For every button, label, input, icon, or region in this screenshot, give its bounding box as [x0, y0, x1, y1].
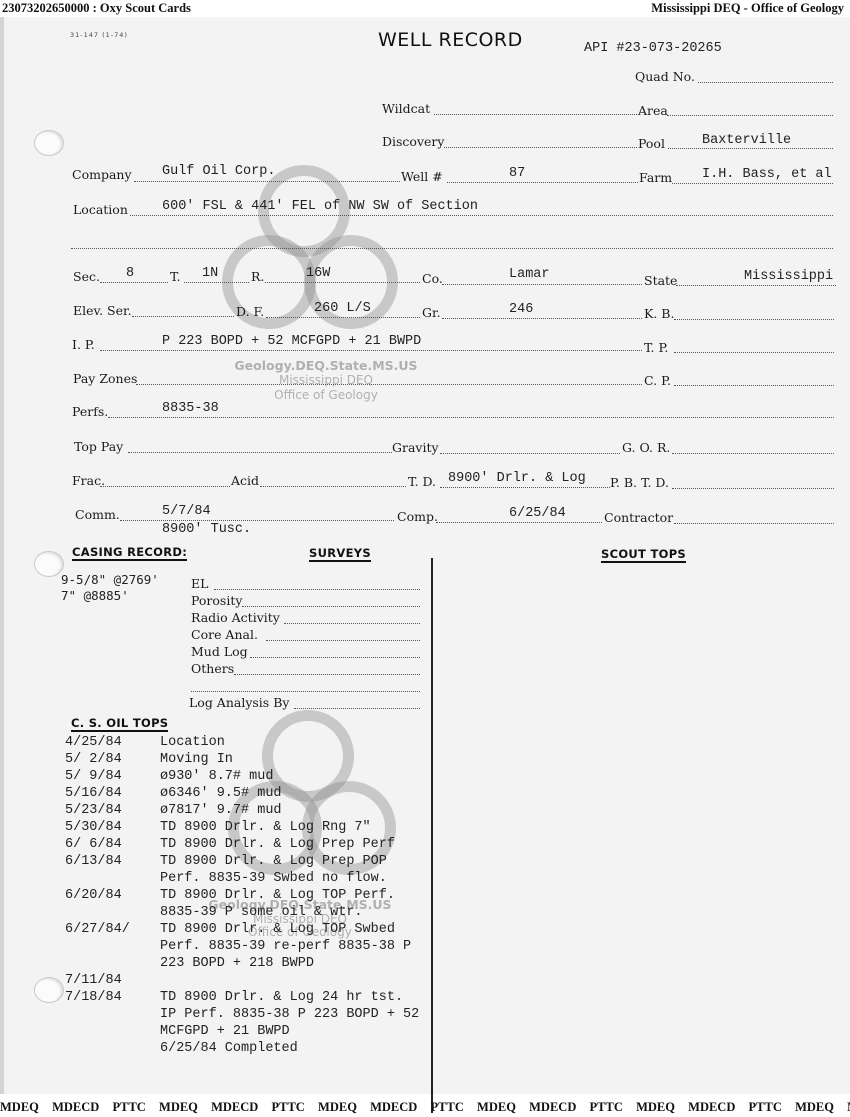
log-date: 5/30/84	[65, 820, 122, 835]
commenced-field	[120, 520, 394, 521]
log-text: ø6346' 9.5# mud	[160, 786, 282, 801]
footer-item: MDECD	[211, 1100, 258, 1117]
wildcat-label: Wildcat	[382, 101, 430, 116]
log-text: TD 8900 Drlr. & Log TOP Swbed	[160, 922, 395, 937]
footer-agency-banner: MDEQ MDECD PTTC MDEQ MDECD PTTC MDEQ MDE…	[0, 1100, 850, 1117]
township-label: T.	[170, 269, 180, 284]
contractor-label: Contractor	[604, 510, 673, 525]
log-date: 6/20/84	[65, 888, 122, 903]
section-field	[100, 282, 168, 283]
log-analysis-by-label: Log Analysis By	[189, 695, 289, 710]
kelly-bushing-field	[674, 319, 834, 320]
area-label: Area	[638, 103, 668, 118]
contractor-field	[674, 523, 834, 524]
well-number-value: 87	[509, 166, 525, 181]
log-date: 5/23/84	[65, 803, 122, 818]
well-number-field	[447, 182, 638, 183]
log-date: 4/25/84	[65, 735, 122, 750]
scanned-well-record-card: Geology.DEQ.State.MS.US Mississippi DEQ …	[0, 17, 850, 1094]
well-number-label: Well #	[401, 169, 443, 184]
state-value: Mississippi	[744, 269, 833, 284]
log-date: 7/11/84	[65, 973, 122, 988]
gravity-field	[440, 453, 620, 454]
completed-value: 6/25/84	[509, 506, 566, 521]
farm-label: Farm	[639, 170, 672, 185]
footer-item: MDECD	[688, 1100, 735, 1117]
casing-pressure-label: C. P.	[644, 373, 671, 388]
log-text: IP Perf. 8835-38 P 223 BOPD + 52	[160, 1007, 419, 1022]
location-field	[130, 215, 833, 216]
frac-field	[100, 486, 230, 487]
log-date: 7/18/84	[65, 990, 122, 1005]
footer-item: MDEQ	[636, 1100, 675, 1117]
gas-oil-ratio-field	[672, 453, 834, 454]
state-field	[676, 285, 836, 286]
punch-hole	[34, 551, 64, 577]
log-date: 5/16/84	[65, 786, 122, 801]
initial-potential-field	[100, 350, 642, 351]
ground-label: Gr.	[422, 305, 441, 320]
kelly-bushing-label: K. B.	[644, 306, 674, 321]
derrick-floor-label: D. F.	[236, 304, 264, 319]
footer-item: PTTC	[431, 1100, 464, 1117]
pay-zones-label: Pay Zones	[73, 371, 137, 386]
derrick-floor-value: 260 L/S	[314, 301, 371, 316]
farm-value: I.H. Bass, et al	[702, 167, 832, 182]
survey-mud-log-field	[250, 657, 420, 658]
ground-value: 246	[509, 302, 533, 317]
section-label: Sec.	[73, 269, 100, 284]
initial-potential-label: I. P.	[72, 337, 95, 352]
log-text: Location	[160, 735, 225, 750]
section-value: 8	[126, 266, 134, 281]
survey-el-label: EL	[191, 576, 208, 591]
derrick-floor-field	[266, 317, 420, 318]
plug-back-total-depth-field	[672, 488, 834, 489]
initial-potential-value: P 223 BOPD + 52 MCFGPD + 21 BWPD	[162, 334, 421, 349]
township-value: 1N	[202, 266, 218, 281]
completed-label: Comp.	[397, 509, 438, 524]
footer-item: MDEQ	[159, 1100, 198, 1117]
log-date: 5/ 2/84	[65, 752, 122, 767]
footer-item: MDEQ	[477, 1100, 516, 1117]
company-label: Company	[72, 167, 132, 182]
acid-field	[260, 486, 406, 487]
log-text: ø7817' 9.7# mud	[160, 803, 282, 818]
log-text: 6/25/84 Completed	[160, 1041, 298, 1056]
log-text: TD 8900 Drlr. & Log Prep POP	[160, 854, 387, 869]
gravity-label: Gravity	[392, 440, 439, 455]
footer-item: PTTC	[112, 1100, 145, 1117]
form-title: WELL RECORD	[378, 29, 523, 51]
watermark-url: Geology.DEQ.State.MS.US	[226, 358, 426, 373]
quad-no-label: Quad No.	[635, 69, 695, 84]
total-depth-value: 8900' Drlr. & Log	[448, 471, 586, 486]
footer-item: MDEQ	[0, 1100, 39, 1117]
county-value: Lamar	[509, 267, 550, 282]
elevation-ser-label: Elev. Ser.	[73, 303, 132, 318]
total-depth-label: T. D.	[408, 474, 436, 489]
pay-zones-field	[136, 384, 642, 385]
footer-item: MDECD	[52, 1100, 99, 1117]
quad-no-field	[698, 82, 833, 83]
top-pay-field	[128, 452, 392, 453]
range-value: 16W	[306, 266, 330, 281]
county-label: Co.	[422, 271, 443, 286]
survey-porosity-field	[242, 606, 420, 607]
tubing-pressure-label: T. P.	[644, 340, 668, 355]
survey-radio-activity-field	[284, 623, 420, 624]
survey-radio-activity-label: Radio Activity	[191, 610, 280, 625]
perforations-label: Perfs.	[72, 404, 108, 419]
log-text: TD 8900 Drlr. & Log TOP Perf.	[160, 888, 395, 903]
survey-porosity-label: Porosity	[191, 593, 242, 608]
log-text: TD 8900 Drlr. & Log Rng 7"	[160, 820, 371, 835]
location-label: Location	[73, 202, 128, 217]
perforations-field	[108, 417, 834, 418]
footer-item: PTTC	[590, 1100, 623, 1117]
casing-pressure-field	[674, 385, 834, 386]
range-label: R.	[251, 269, 264, 284]
area-field	[667, 115, 833, 116]
footer-item: PTTC	[749, 1100, 782, 1117]
log-text: Moving In	[160, 752, 233, 767]
farm-field	[672, 183, 833, 184]
township-field	[184, 282, 249, 283]
pool-value: Baxterville	[702, 133, 791, 148]
commenced-label: Comm.	[75, 507, 120, 522]
log-date: 6/13/84	[65, 854, 122, 869]
column-divider	[431, 558, 433, 1113]
log-text: TD 8900 Drlr. & Log Prep Perf	[160, 837, 395, 852]
plug-back-total-depth-label: P. B. T. D.	[610, 475, 669, 490]
surveys-header: SURVEYS	[309, 546, 371, 562]
survey-others-field	[234, 674, 420, 675]
discovery-field	[444, 147, 637, 148]
agency-title: Mississippi DEQ - Office of Geology	[651, 1, 844, 16]
log-analysis-by-field	[294, 708, 420, 709]
survey-el-field	[214, 589, 420, 590]
tubing-pressure-field	[674, 352, 834, 353]
log-date: 5/ 9/84	[65, 769, 122, 784]
api-number: API #23-073-20265	[584, 41, 722, 56]
range-field	[265, 282, 420, 283]
acid-label: Acid	[231, 473, 259, 488]
viewer-title-bar: 23073202650000 : Oxy Scout Cards Mississ…	[0, 0, 850, 17]
county-field	[442, 284, 642, 285]
survey-core-analysis-label: Core Anal.	[191, 627, 258, 642]
punch-hole	[34, 130, 64, 156]
watermark-office: Office of Geology	[226, 388, 426, 402]
company-value: Gulf Oil Corp.	[162, 164, 275, 179]
casing-record-header: CASING RECORD:	[72, 545, 187, 561]
wildcat-field	[434, 114, 637, 115]
location-value: 600' FSL & 441' FEL of NW SW of Section	[162, 199, 478, 214]
pool-field	[668, 148, 833, 149]
log-text: 8835-39 P some oil & wtr.	[160, 905, 363, 920]
footer-item: PTTC	[272, 1100, 305, 1117]
footer-item: MDECD	[370, 1100, 417, 1117]
survey-others-label: Others	[191, 661, 234, 676]
form-number: 31-147 (1-74)	[70, 31, 128, 39]
elevation-ser-field	[132, 316, 234, 317]
survey-blank-field	[191, 691, 420, 692]
footer-item: MDECD	[529, 1100, 576, 1117]
log-text: MCFGPD + 21 BWPD	[160, 1024, 290, 1039]
perforations-value: 8835-38	[162, 401, 219, 416]
casing-item: 9-5/8" @2769'	[61, 572, 159, 587]
log-text: Perf. 8835-39 Swbed no flow.	[160, 871, 387, 886]
record-title: 23073202650000 : Oxy Scout Cards	[2, 1, 191, 16]
discovery-label: Discovery	[382, 134, 444, 149]
log-text: ø930' 8.7# mud	[160, 769, 273, 784]
completed-field	[436, 522, 602, 523]
footer-item: MDEQ	[795, 1100, 834, 1117]
scout-tops-header: SCOUT TOPS	[601, 547, 686, 563]
oil-tops-header: C. S. OIL TOPS	[71, 716, 168, 732]
footer-item: MDEQ	[318, 1100, 357, 1117]
log-text: TD 8900 Drlr. & Log 24 hr tst.	[160, 990, 403, 1005]
log-date: 6/ 6/84	[65, 837, 122, 852]
company-field	[134, 181, 400, 182]
casing-item: 7" @8885'	[61, 588, 129, 603]
log-text: 223 BOPD + 218 BWPD	[160, 956, 314, 971]
ground-field	[442, 318, 642, 319]
location-continuation-field	[71, 248, 833, 249]
pool-label: Pool	[638, 136, 665, 151]
survey-core-analysis-field	[266, 640, 420, 641]
log-date: 6/27/84/	[65, 922, 130, 937]
gas-oil-ratio-label: G. O. R.	[622, 440, 670, 455]
survey-mud-log-label: Mud Log	[191, 644, 248, 659]
log-text: Perf. 8835-39 re-perf 8835-38 P	[160, 939, 411, 954]
commenced-note: 8900' Tusc.	[162, 522, 251, 537]
commenced-value: 5/7/84	[162, 504, 211, 519]
state-label: State	[644, 273, 677, 288]
total-depth-field	[440, 487, 610, 488]
top-pay-label: Top Pay	[74, 439, 123, 454]
punch-hole	[34, 977, 64, 1003]
